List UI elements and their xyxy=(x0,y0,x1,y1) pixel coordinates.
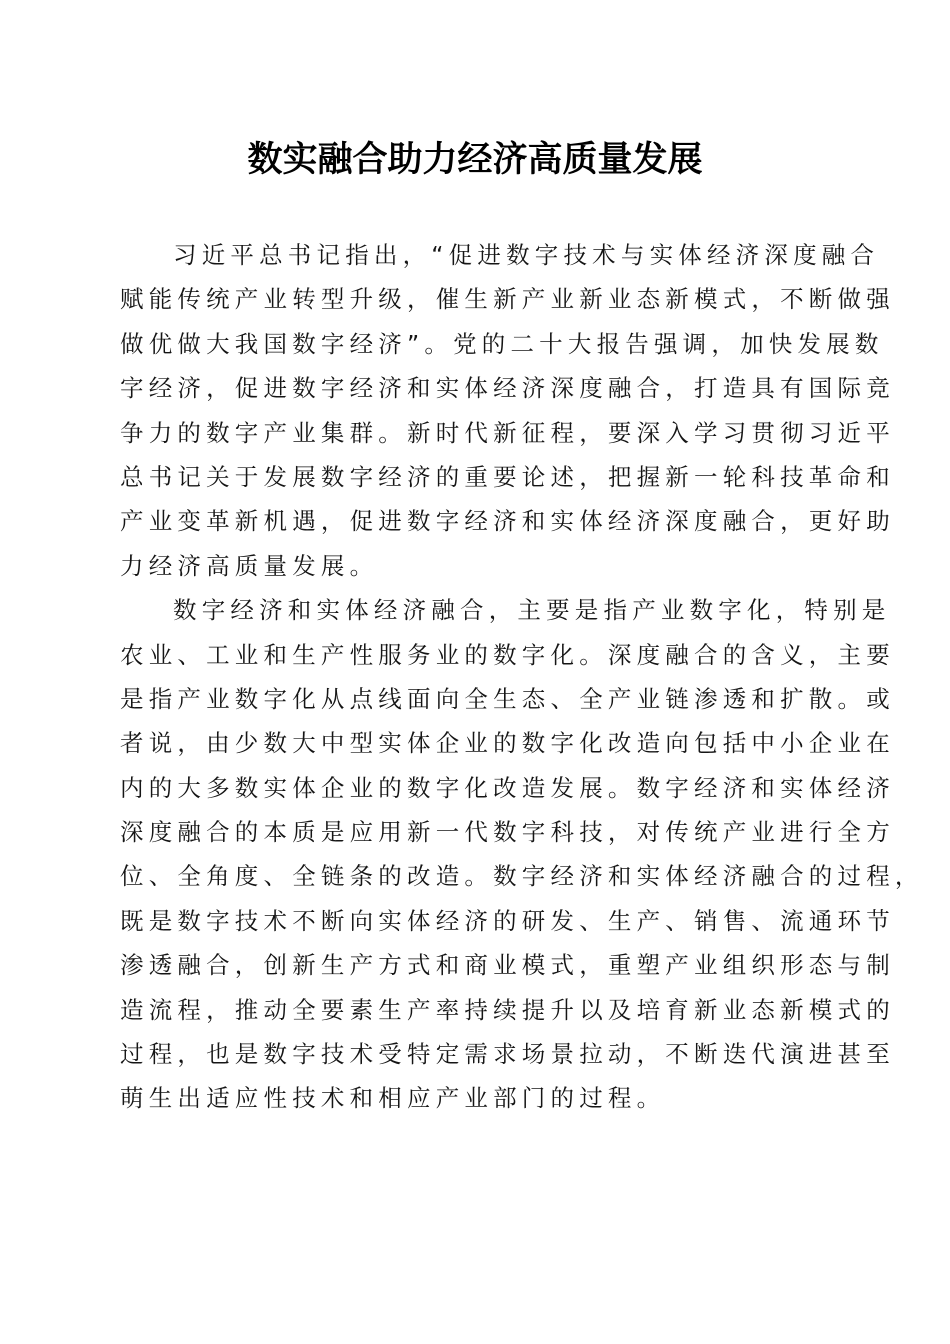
paragraph-line: 习近平总书记指出，“促进数字技术与实体经济深度融合 xyxy=(120,233,830,277)
paragraph-line: 做优做大我国数字经济”。党的二十大报告强调，加快发展数 xyxy=(120,322,830,366)
paragraph-line: 产业变革新机遇，促进数字经济和实体经济深度融合，更好助 xyxy=(120,499,830,543)
document-body: 习近平总书记指出，“促进数字技术与实体经济深度融合 赋能传统产业转型升级，催生新… xyxy=(120,233,830,1121)
paragraph-line: 萌生出适应性技术和相应产业部门的过程。 xyxy=(120,1076,830,1120)
paragraph-line: 是指产业数字化从点线面向全生态、全产业链渗透和扩散。或 xyxy=(120,677,830,721)
document-title: 数实融合助力经济高质量发展 xyxy=(0,136,950,184)
paragraph-line: 内的大多数实体企业的数字化改造发展。数字经济和实体经济 xyxy=(120,766,830,810)
paragraph-line: 者说，由少数大中型实体企业的数字化改造向包括中小企业在 xyxy=(120,721,830,765)
paragraph-line: 争力的数字产业集群。新时代新征程，要深入学习贯彻习近平 xyxy=(120,411,830,455)
paragraph-line: 数字经济和实体经济融合，主要是指产业数字化，特别是 xyxy=(120,588,830,632)
paragraph-line: 总书记关于发展数字经济的重要论述，把握新一轮科技革命和 xyxy=(120,455,830,499)
paragraph-line: 过程，也是数字技术受特定需求场景拉动，不断迭代演进甚至 xyxy=(120,1032,830,1076)
paragraph-line: 农业、工业和生产性服务业的数字化。深度融合的含义，主要 xyxy=(120,633,830,677)
paragraph-line: 渗透融合，创新生产方式和商业模式，重塑产业组织形态与制 xyxy=(120,943,830,987)
paragraph-line: 深度融合的本质是应用新一代数字科技，对传统产业进行全方 xyxy=(120,810,830,854)
paragraph-1: 习近平总书记指出，“促进数字技术与实体经济深度融合 赋能传统产业转型升级，催生新… xyxy=(120,233,830,588)
paragraph-line: 字经济，促进数字经济和实体经济深度融合，打造具有国际竞 xyxy=(120,366,830,410)
document-page: 数实融合助力经济高质量发展 习近平总书记指出，“促进数字技术与实体经济深度融合 … xyxy=(0,0,950,1344)
paragraph-line: 既是数字技术不断向实体经济的研发、生产、销售、流通环节 xyxy=(120,899,830,943)
paragraph-line: 位、全角度、全链条的改造。数字经济和实体经济融合的过程， xyxy=(120,854,830,898)
paragraph-line: 造流程，推动全要素生产率持续提升以及培育新业态新模式的 xyxy=(120,988,830,1032)
paragraph-line: 赋能传统产业转型升级，催生新产业新业态新模式，不断做强 xyxy=(120,277,830,321)
paragraph-line: 力经济高质量发展。 xyxy=(120,544,830,588)
paragraph-2: 数字经济和实体经济融合，主要是指产业数字化，特别是 农业、工业和生产性服务业的数… xyxy=(120,588,830,1121)
